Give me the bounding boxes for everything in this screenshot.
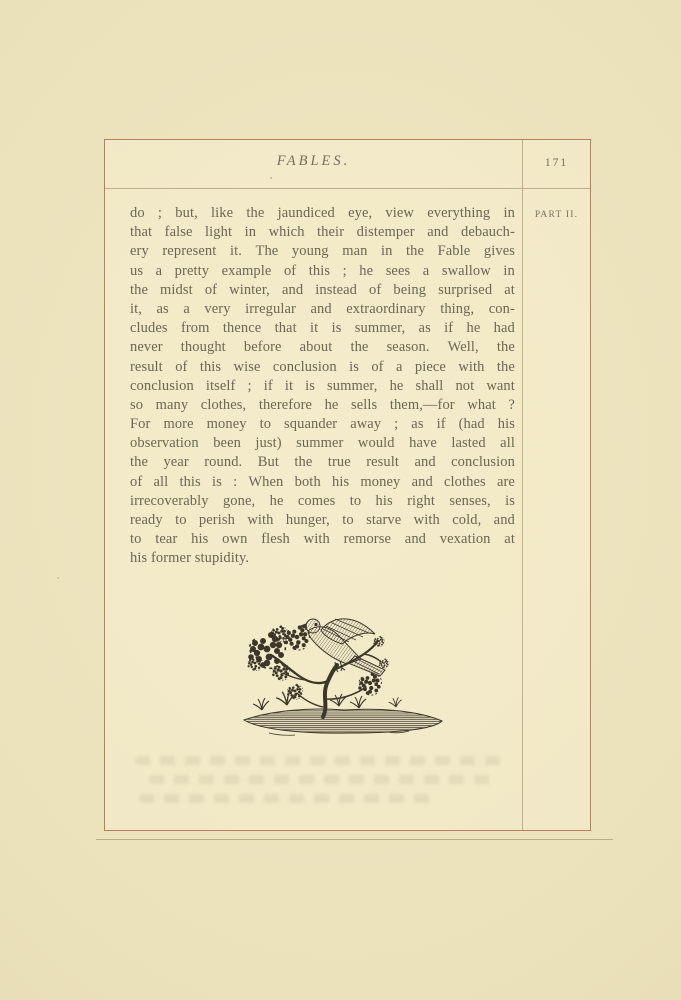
page-number: 171: [522, 157, 591, 169]
paper-speck: [57, 577, 59, 579]
text-line: readytoperishwithhunger,tostarvewithcold…: [130, 511, 515, 530]
text-line: his former stupidity.: [130, 549, 515, 568]
header-rule: [105, 188, 590, 189]
text-line: it,asaveryirregularandextraordinarything…: [130, 300, 515, 319]
text-line: cludesfromthencethatitissummer,asifhehad: [130, 319, 515, 338]
text-line: theyearround.Butthetrueresultandconclusi…: [130, 453, 515, 472]
text-line: totearhisownfleshwithremorseandvexationa…: [130, 530, 515, 549]
text-line: irrecoverablygone,hecomestohisrightsense…: [130, 492, 515, 511]
text-line: eryrepresentit.TheyoungmanintheFablegive…: [130, 242, 515, 261]
text-line: thatfalselightinwhichtheirdistemperandde…: [130, 223, 515, 242]
bird-head: [306, 619, 320, 633]
text-line: observationbeenjust)summerwouldhavelaste…: [130, 434, 515, 453]
bird-eye: [315, 623, 317, 625]
page-frame: FABLES. 171 PART II. do;but,likethejaund…: [104, 139, 591, 831]
ground-mound: [244, 709, 442, 735]
body-paragraph: do;but,likethejaundicedeye,vieweverythin…: [130, 204, 515, 569]
scanned-book-page: FABLES. 171 PART II. do;but,likethejaund…: [0, 0, 681, 1000]
grass-tufts: [253, 691, 402, 710]
page-showthrough: [139, 794, 439, 803]
margin-note-part: PART II.: [522, 210, 591, 220]
margin-column-rule: [522, 140, 523, 830]
text-line: do;but,likethejaundicedeye,vieweverythin…: [130, 204, 515, 223]
text-line: Formoremoneytosquanderaway;asif(hadhis: [130, 415, 515, 434]
page-showthrough: [135, 756, 505, 765]
text-line: neverthoughtbeforeabouttheseason.Well,th…: [130, 338, 515, 357]
text-line: conclusionitself;ifitissummer,heshallnot…: [130, 377, 515, 396]
text-line: resultofthiswiseconclusionisofapiecewith…: [130, 358, 515, 377]
text-line: ofallthisis:Whenbothhismoneyandclothesar…: [130, 473, 515, 492]
text-line: themidstofwinter,andinsteadofbeingsurpri…: [130, 281, 515, 300]
paper-speck: [270, 177, 272, 179]
running-title: FABLES.: [105, 153, 522, 170]
page-showthrough: [149, 775, 497, 784]
bird-tail: [348, 656, 385, 676]
text-line: usaprettyexampleofthis;heseesaswallowin: [130, 262, 515, 281]
bird-engraving: [239, 607, 451, 743]
scan-edge-line: [96, 839, 613, 840]
text-line: somanyclothes,thereforehesellsthem,—forw…: [130, 396, 515, 415]
